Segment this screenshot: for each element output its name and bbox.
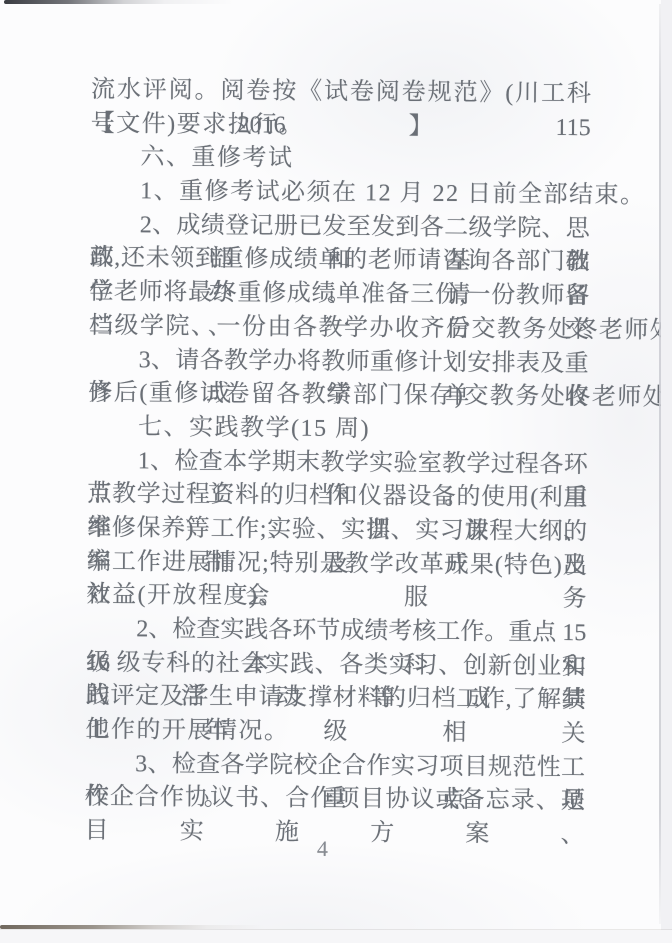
text-line: 率工作进展情况;特别是教学改革成果(特色)及社会服务 — [87, 545, 587, 583]
text-line: 的评定及学生申请支撑材料的归档工作,了解其他年级相关 — [86, 680, 586, 718]
scan-artifact-right-strip — [661, 0, 672, 943]
scan-artifact-top-edge-line — [4, 0, 234, 4]
text-line: 二级学院、一份由各教学办收齐后交教务处佟老师处。 — [89, 310, 589, 348]
text-line: 点教学过程资料的归档和仪器设备的使用(利用率)、摆放、 — [87, 478, 587, 516]
text-line: 2、成绩登记册已发至发到各二级学院、思政部和基础 — [90, 209, 590, 247]
document-content: 流水评阅。阅卷按《试卷阅卷规范》(川工科【2016】115号文件)要求执行。六、… — [84, 74, 591, 878]
text-line: 校企合作协议书、合作项目协议或备忘录、项目实施方案、 — [85, 781, 585, 819]
scan-artifact-bottom-edge-line — [0, 925, 265, 929]
text-line: 1、检查本学期末教学实验室教学过程各环节工作。重 — [88, 444, 588, 482]
scan-artifact-bottom-strip — [0, 930, 672, 943]
text-line: 齐后(重修试卷留各教学部门保存)交教务处佟老师处。 — [88, 377, 588, 415]
text-line: 3、检查各学院校企合作实习项目规范性工作。重点是 — [85, 748, 585, 786]
text-line: 维修保养等工作;实验、实训、实习课程大纲的编制及开出 — [87, 512, 587, 550]
text-line: 3、请各教学办将教师重修计划安排表及重修成绩单收 — [89, 343, 589, 381]
text-line: 16 级专科的社会实践、各类实习、创新创业实践活动等成绩 — [86, 646, 586, 684]
text-line: 六、重修考试 — [90, 141, 590, 179]
text-line: 流水评阅。阅卷按《试卷阅卷规范》(川工科【2016】115 — [91, 74, 591, 112]
scanned-document-page: 流水评阅。阅卷按《试卷阅卷规范》(川工科【2016】115号文件)要求执行。六、… — [0, 0, 672, 943]
scan-artifact-right-edge-line — [659, 4, 661, 924]
text-line: 部,还未领到重修成绩单的老师请咨询各部门教学办。请各 — [89, 242, 589, 280]
text-line: 七、实践教学(15 周) — [88, 411, 588, 449]
text-line: 位老师将最终重修成绩单准备三份,一份教师留档、一份交 — [89, 276, 589, 314]
document-body: 流水评阅。阅卷按《试卷阅卷规范》(川工科【2016】115号文件)要求执行。六、… — [85, 74, 591, 819]
page-number: 4 — [72, 834, 572, 864]
text-line: 1、重修考试必须在 12 月 22 日前全部结束。 — [90, 175, 590, 213]
text-line: 2、检查实践各环节成绩考核工作。重点 15 级本科和 — [86, 613, 586, 651]
